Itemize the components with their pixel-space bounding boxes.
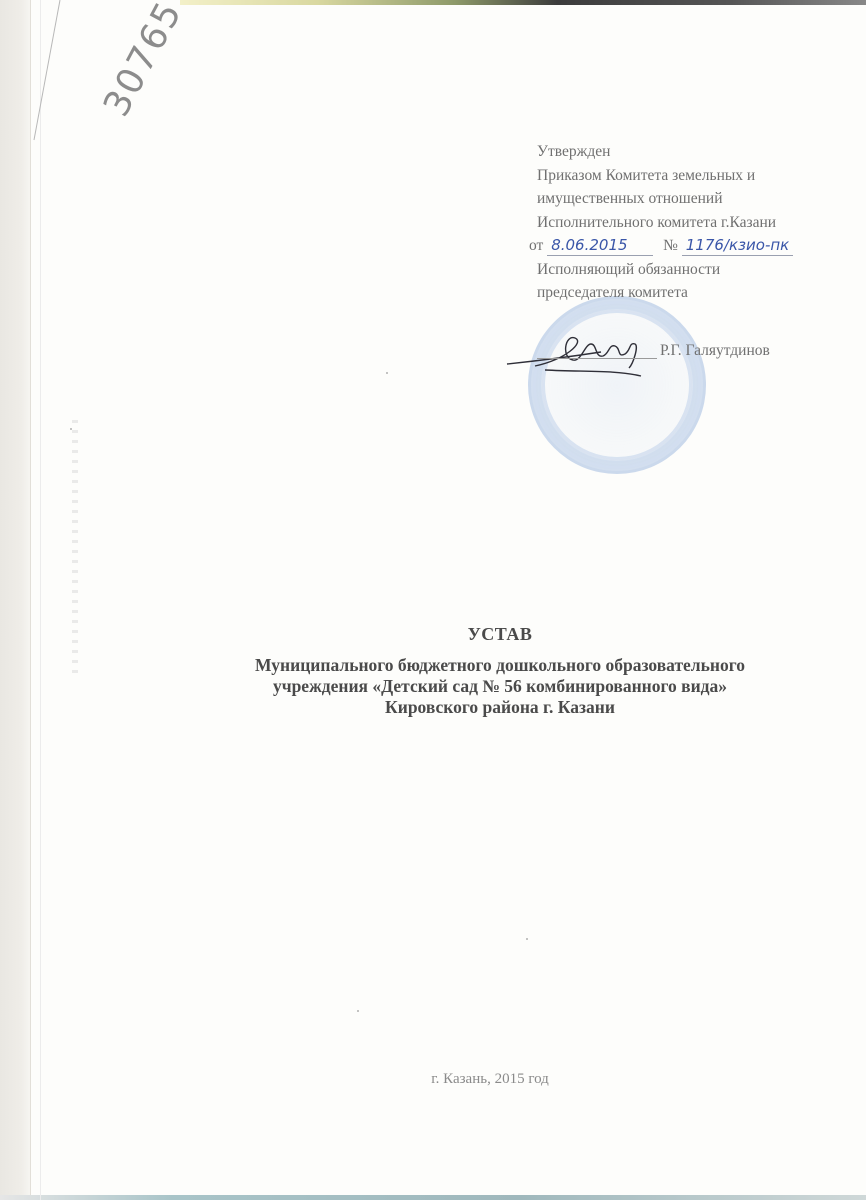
scan-left-margin-shadow (0, 0, 31, 1200)
handwritten-order-number: 1176/кзио-пк (686, 236, 789, 254)
order-line-2: имущественных отношений (537, 187, 837, 211)
number-prefix: № (663, 237, 678, 254)
position-line-2: председателя комитета (537, 281, 837, 305)
faint-bleedthrough-marks (72, 420, 78, 680)
pencil-stroke-icon (30, 0, 90, 150)
scan-speck (526, 938, 528, 940)
scan-speck (357, 1010, 359, 1012)
approved-label: Утвержден (537, 140, 837, 164)
institution-name-line-3: Кировского района г. Казани (180, 697, 820, 718)
institution-name-line-2: учреждения «Детский сад № 56 комбинирова… (180, 676, 820, 697)
order-date-number-line: от 8.06.2015 № 1176/кзио-пк (529, 234, 837, 258)
document-title: УСТАВ (180, 624, 820, 645)
page-fold-line (40, 0, 41, 1200)
signature-icon (505, 330, 665, 380)
date-prefix: от (529, 237, 543, 254)
order-line-1: Приказом Комитета земельных и (537, 164, 837, 188)
order-line-3: Исполнительного комитета г.Казани (537, 211, 837, 235)
position-line-1: Исполняющий обязанности (537, 258, 837, 282)
official-seal-stamp (528, 296, 706, 474)
place-and-year: г. Казань, 2015 год (0, 1071, 866, 1088)
document-title-block: УСТАВ Муниципального бюджетного дошкольн… (180, 624, 820, 718)
scan-bottom-edge (0, 1195, 866, 1200)
scan-top-edge (180, 0, 866, 5)
handwritten-archive-number: 30765 (96, 0, 191, 123)
institution-name-line-1: Муниципального бюджетного дошкольного об… (180, 655, 820, 676)
scan-speck (386, 372, 388, 374)
approval-block: Утвержден Приказом Комитета земельных и … (537, 140, 837, 305)
handwritten-date: 8.06.2015 (551, 236, 627, 254)
signer-name: Р.Г. Галяутдинов (660, 342, 770, 360)
scan-speck (70, 428, 72, 430)
signature-line (537, 358, 657, 359)
